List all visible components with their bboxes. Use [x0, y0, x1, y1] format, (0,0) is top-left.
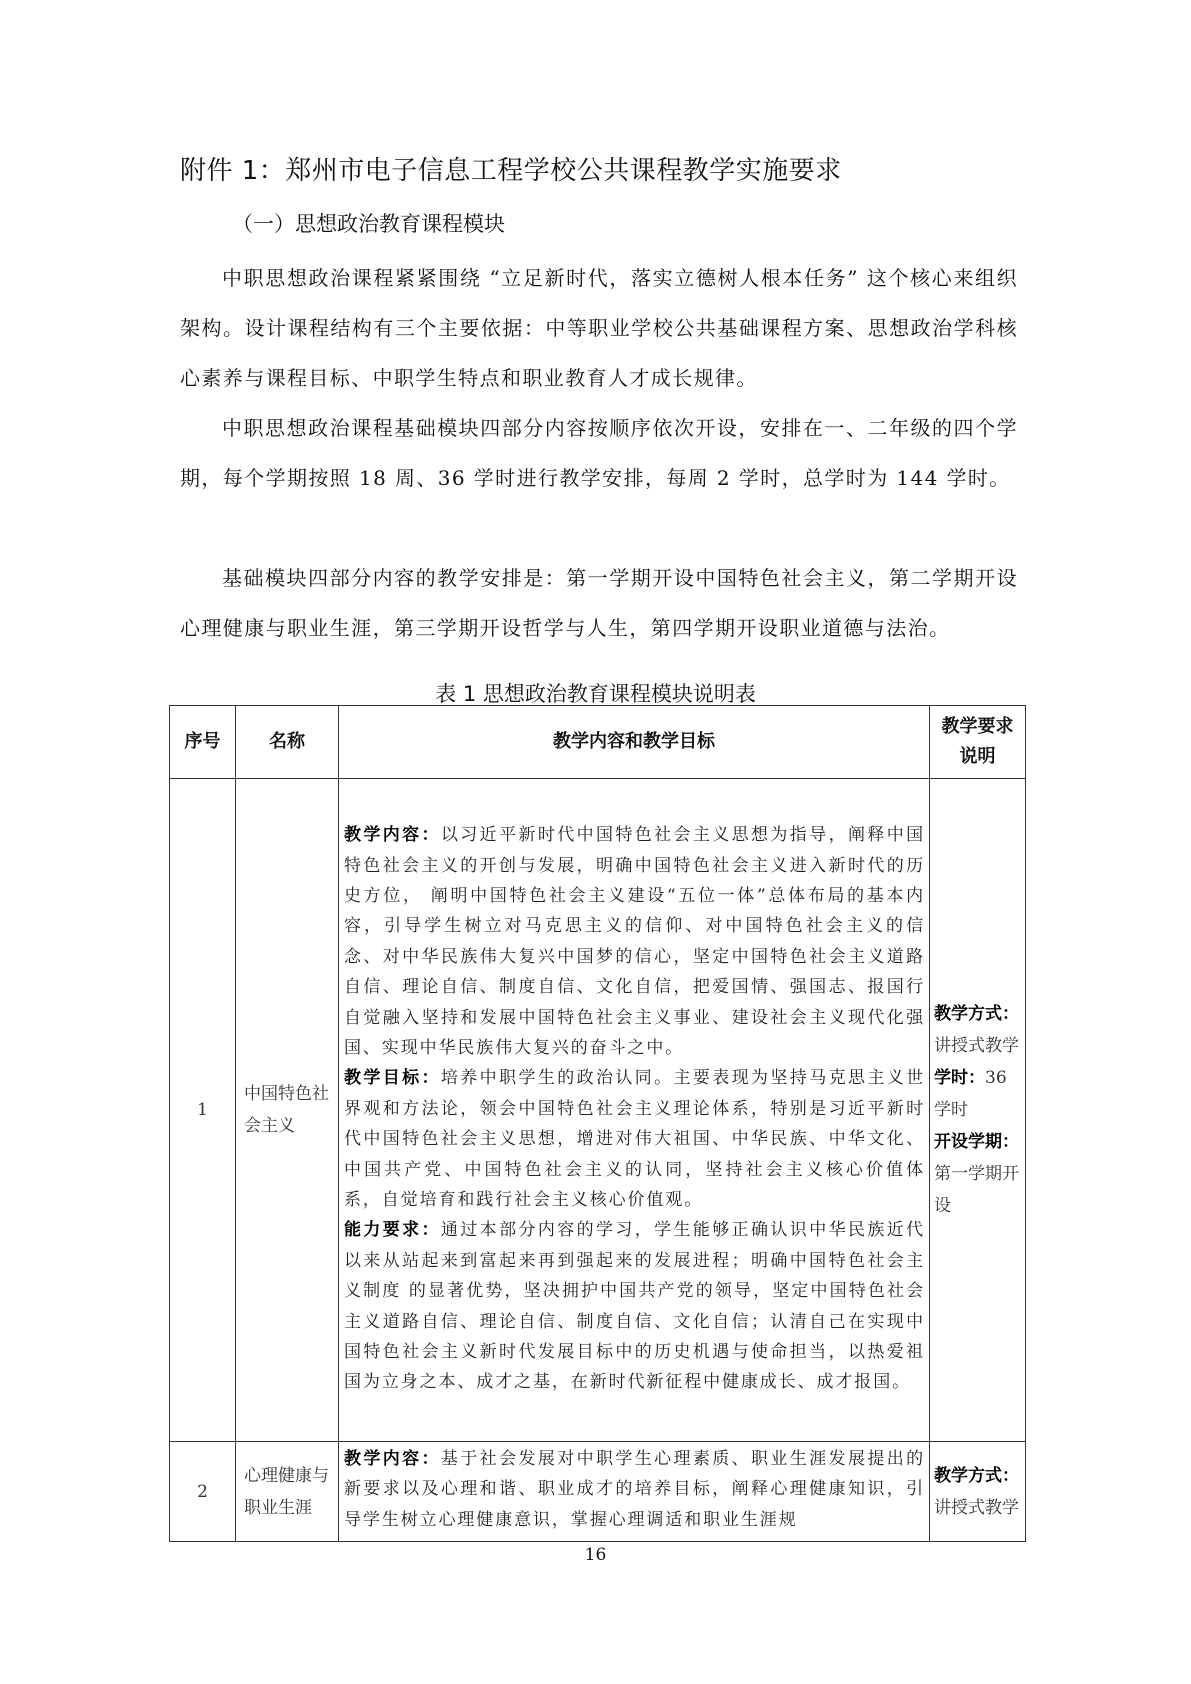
row-name: 中国特色社会主义: [236, 779, 339, 1442]
content-text: 以习近平新时代中国特色社会主义思想为指导，阐释中国特色社会主义的开创与发展，明确…: [344, 825, 925, 1058]
body-paragraph: 中职思想政治课程基础模块四部分内容按顺序依次开设，安排在一、二年级的四个学期，每…: [180, 403, 1018, 503]
table-row: 2 心理健康与职业生涯 教学内容：基于社会发展对中职学生心理素质、职业生涯发展提…: [170, 1442, 1026, 1542]
header-note: 教学要求说明: [930, 706, 1026, 779]
document-page: 附件 1：郑州市电子信息工程学校公共课程教学实施要求 （一）思想政治教育课程模块…: [0, 0, 1191, 1684]
page-heading: 附件 1：郑州市电子信息工程学校公共课程教学实施要求: [180, 150, 842, 187]
course-module-table: 序号 名称 教学内容和教学目标 教学要求说明 1 中国特色社会主义 教学内容：以…: [169, 705, 1026, 1542]
goal-label: 教学目标：: [344, 1068, 441, 1088]
row-note: 教学方式：讲授式教学: [930, 1442, 1026, 1542]
row-index: 2: [170, 1442, 236, 1542]
body-paragraph: 基础模块四部分内容的教学安排是：第一学期开设中国特色社会主义，第二学期开设心理健…: [180, 553, 1018, 653]
table-row: 1 中国特色社会主义 教学内容：以习近平新时代中国特色社会主义思想为指导，阐释中…: [170, 779, 1026, 1442]
ability-text: 通过本部分内容的学习，学生能够正确认识中华民族近代以来从站起来到富起来再到强起来…: [344, 1220, 925, 1392]
hours-label: 学时：: [934, 1068, 985, 1088]
row-content: 教学内容：以习近平新时代中国特色社会主义思想为指导，阐释中国特色社会主义的开创与…: [339, 779, 930, 1442]
goal-text: 培养中职学生的政治认同。主要表现为坚持马克思主义世界观和方法论，领会中国特色社会…: [344, 1068, 925, 1210]
row-name: 心理健康与职业生涯: [236, 1442, 339, 1542]
header-content: 教学内容和教学目标: [339, 706, 930, 779]
ability-label: 能力要求：: [344, 1220, 441, 1240]
row-content: 教学内容：基于社会发展对中职学生心理素质、职业生涯发展提出的新要求以及心理和谐、…: [339, 1442, 930, 1542]
method-value: 讲授式教学: [934, 1498, 1019, 1518]
section-heading: （一）思想政治教育课程模块: [232, 208, 505, 238]
page-number: 16: [0, 1545, 1191, 1565]
table-caption: 表 1 思想政治教育课程模块说明表: [0, 678, 1191, 708]
row-index: 1: [170, 779, 236, 1442]
method-value: 讲授式教学: [934, 1036, 1019, 1056]
header-index: 序号: [170, 706, 236, 779]
term-value: 第一学期开设: [934, 1164, 1019, 1216]
row-note: 教学方式：讲授式教学 学时：36 学时 开设学期：第一学期开设: [930, 779, 1026, 1442]
table-header-row: 序号 名称 教学内容和教学目标 教学要求说明: [170, 706, 1026, 779]
term-label: 开设学期：: [934, 1132, 1019, 1152]
header-name: 名称: [236, 706, 339, 779]
content-label: 教学内容：: [344, 825, 441, 845]
method-label: 教学方式：: [934, 1004, 1019, 1024]
body-paragraph: 中职思想政治课程紧紧围绕 “立足新时代，落实立德树人根本任务” 这个核心来组织架…: [180, 253, 1018, 403]
method-label: 教学方式：: [934, 1466, 1019, 1486]
content-label: 教学内容：: [344, 1449, 441, 1469]
